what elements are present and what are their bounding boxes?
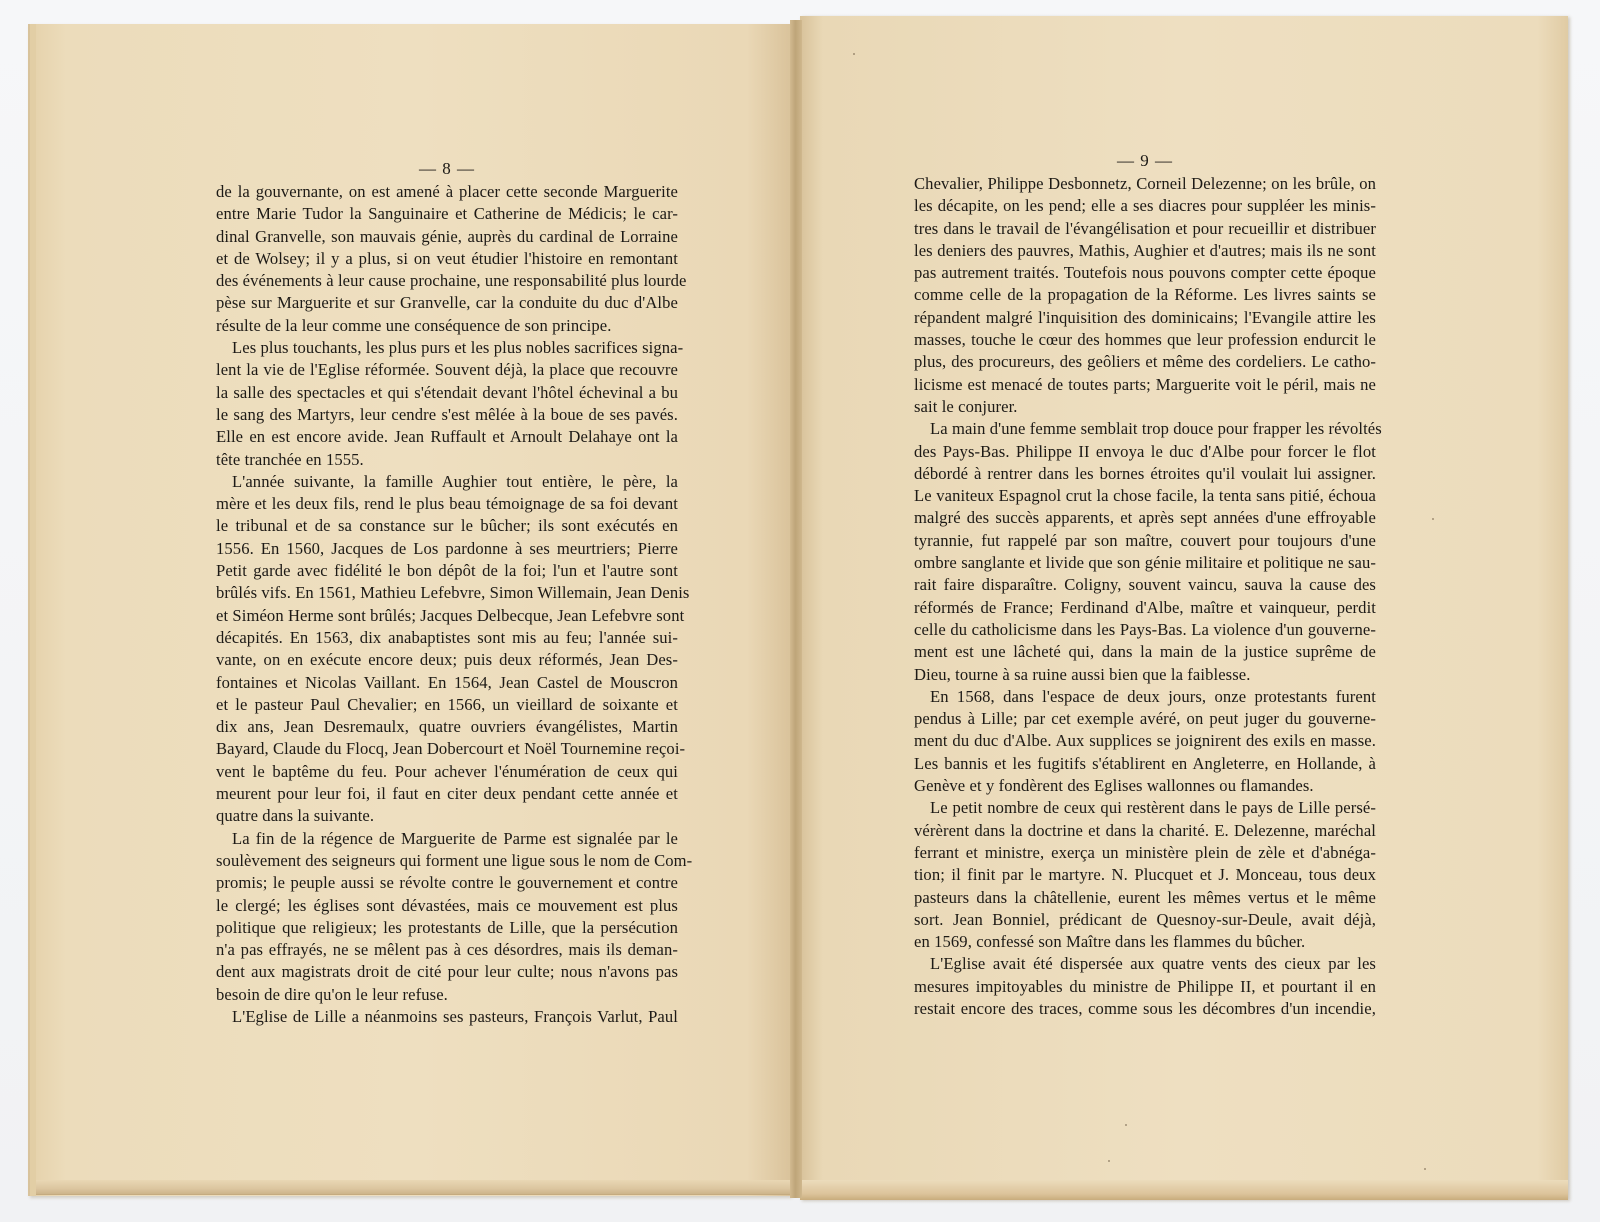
text-line: pendus à Lille; par cet exemple avéré, o… [914,708,1376,730]
text-line: 1556. En 1560, Jacques de Los pardonne à… [216,538,678,560]
text-line: mère et les deux fils, rend le plus beau… [216,493,678,515]
text-line: L'Eglise de Lille a néanmoins ses pasteu… [216,1006,678,1028]
paper-speck [1424,1168,1426,1170]
paper-speck [1432,518,1434,520]
text-line: La main d'une femme semblait trop douce … [914,418,1376,440]
text-line: comme celle de la propagation de la Réfo… [914,284,1376,306]
page-number-left: — 8 — [216,158,678,180]
paragraph: En 1568, dans l'espace de deux jours, on… [914,686,1376,797]
right-page-text: — 9 — Chevalier, Philippe Desbonnetz, Co… [914,150,1376,1020]
text-line: dix ans, Jean Desremaulx, quatre ouvrier… [216,716,678,738]
paper-speck [853,53,855,55]
text-line: besoin de dire qu'on le leur refuse. [216,984,678,1006]
paragraph: La fin de la régence de Marguerite de Pa… [216,828,678,1006]
text-line: et de Wolsey; il y a plus, si on veut ét… [216,248,678,270]
text-line: La fin de la régence de Marguerite de Pa… [216,828,678,850]
text-line: Petit garde avec fidélité le bon dépôt d… [216,560,678,582]
paragraph: L'Eglise de Lille a néanmoins ses pasteu… [216,1006,678,1028]
text-line: brûlés vifs. En 1561, Mathieu Lefebvre, … [216,582,678,604]
text-line: soulèvement des seigneurs qui forment un… [216,850,678,872]
text-line: ombre sanglante et livide que son génie … [914,552,1376,574]
paragraph: L'année suivante, la famille Aughier tou… [216,471,678,828]
text-line: L'Eglise avait été dispersée aux quatre … [914,953,1376,975]
text-line: Le vaniteux Espagnol crut la chose facil… [914,485,1376,507]
right-page-body: Chevalier, Philippe Desbonnetz, Corneil … [914,173,1376,1020]
text-line: des événements à leur cause prochaine, u… [216,270,678,292]
text-line: vérèrent dans la doctrine et dans la cha… [914,820,1376,842]
text-line: L'année suivante, la famille Aughier tou… [216,471,678,493]
text-line: Le petit nombre de ceux qui restèrent da… [914,797,1376,819]
left-page-body: de la gouvernante, on est amené à placer… [216,181,678,1028]
text-line: les deniers des pauvres, Mathis, Aughier… [914,240,1376,262]
text-line: malgré des succès apparents, et après se… [914,507,1376,529]
text-line: vent le baptême du feu. Pour achever l'é… [216,761,678,783]
text-line: celle du catholicisme dans les Pays-Bas.… [914,619,1376,641]
text-line: restait encore des traces, comme sous le… [914,998,1376,1020]
paragraph: L'Eglise avait été dispersée aux quatre … [914,953,1376,1020]
text-line: tion; il finit par le martyre. N. Plucqu… [914,864,1376,886]
text-line: pasteurs dans la châtellenie, eurent les… [914,887,1376,909]
text-line: pèse sur Marguerite et sur Granvelle, ca… [216,292,678,314]
text-line: tyrannie, fut rappelé par son maître, co… [914,530,1376,552]
text-line: licisme est menacé de toutes parts; Marg… [914,374,1376,396]
text-line: Dieu, tourne à sa ruine aussi bien que l… [914,664,1376,686]
text-line: en 1569, confessé son Maître dans les fl… [914,931,1376,953]
text-line: la salle des spectacles et qui s'étendai… [216,382,678,404]
text-line: Les plus touchants, les plus purs et les… [216,337,678,359]
text-line: sait le conjurer. [914,396,1376,418]
text-line: décapités. En 1563, dix anabaptistes son… [216,627,678,649]
paper-speck [1108,1160,1110,1162]
text-line: le tribunal et de sa constance sur le bû… [216,515,678,537]
text-line: réformés de France; Ferdinand d'Albe, ma… [914,597,1376,619]
text-line: le clergé; les églises sont dévastées, m… [216,895,678,917]
text-line: Les bannis et les fugitifs s'établirent … [914,753,1376,775]
text-line: plus, des procureurs, des geôliers et mê… [914,351,1376,373]
text-line: le sang des Martyrs, leur cendre s'est m… [216,404,678,426]
text-line: vante, on en exécute encore deux; puis d… [216,649,678,671]
paragraph: Le petit nombre de ceux qui restèrent da… [914,797,1376,953]
text-line: Chevalier, Philippe Desbonnetz, Corneil … [914,173,1376,195]
paragraph: de la gouvernante, on est amené à placer… [216,181,678,337]
text-line: masses, touche le cœur des hommes que le… [914,329,1376,351]
text-line: pas autrement traités. Toutefois nous po… [914,262,1376,284]
text-line: ferrant et ministre, exerça un ministère… [914,842,1376,864]
text-line: quatre dans la suivante. [216,805,678,827]
paragraph: Chevalier, Philippe Desbonnetz, Corneil … [914,173,1376,418]
text-line: les décapite, on les pend; elle a ses di… [914,195,1376,217]
text-line: et le pasteur Paul Chevalier; en 1566, u… [216,694,678,716]
text-line: de la gouvernante, on est amené à placer… [216,181,678,203]
text-line: tête tranchée en 1555. [216,449,678,471]
text-line: Genève et y fondèrent des Eglises wallon… [914,775,1376,797]
paragraph: Les plus touchants, les plus purs et les… [216,337,678,471]
text-line: sort. Jean Bonniel, prédicant de Quesnoy… [914,909,1376,931]
right-page-bottom-edge [800,1180,1568,1200]
text-line: ment est une lâcheté qui, dans la main d… [914,641,1376,663]
text-line: répandent malgré l'inquisition des domin… [914,307,1376,329]
paper-speck [1125,1124,1127,1126]
text-line: dinal Granvelle, son mauvais génie, aupr… [216,226,678,248]
text-line: Elle en est encore avide. Jean Ruffault … [216,426,678,448]
text-line: dent aux magistrats droit de cité pour l… [216,961,678,983]
text-line: tres dans le travail de l'évangélisation… [914,218,1376,240]
left-page-bottom-edge [36,1180,792,1195]
text-line: En 1568, dans l'espace de deux jours, on… [914,686,1376,708]
text-line: ment du duc d'Albe. Aux supplices se joi… [914,730,1376,752]
text-line: entre Marie Tudor la Sanguinaire et Cath… [216,203,678,225]
text-line: Bayard, Claude du Flocq, Jean Dobercourt… [216,738,678,760]
text-line: des Pays-Bas. Philippe II envoya le duc … [914,441,1376,463]
book-gutter [790,20,802,1198]
text-line: lent la vie de l'Eglise réformée. Souven… [216,359,678,381]
text-line: meurent pour leur foi, il faut en citer … [216,783,678,805]
left-page-text: — 8 — de la gouvernante, on est amené à … [216,158,678,1028]
text-line: promis; le peuple aussi se révolte contr… [216,872,678,894]
text-line: politique que religieux; les protestants… [216,917,678,939]
paragraph: La main d'une femme semblait trop douce … [914,418,1376,686]
book-spread-scene: — 8 — de la gouvernante, on est amené à … [0,0,1600,1222]
text-line: n'a pas effrayés, ne se mêlent pas à ces… [216,939,678,961]
text-line: débordé à rentrer dans les bornes étroit… [914,463,1376,485]
page-number-right: — 9 — [914,150,1376,172]
text-line: résulte de la leur comme une conséquence… [216,315,678,337]
text-line: mesures impitoyables du ministre de Phil… [914,976,1376,998]
text-line: rait faire disparaître. Coligny, souvent… [914,574,1376,596]
text-line: fontaines et Nicolas Vaillant. En 1564, … [216,672,678,694]
text-line: et Siméon Herme sont brûlés; Jacques Del… [216,605,678,627]
